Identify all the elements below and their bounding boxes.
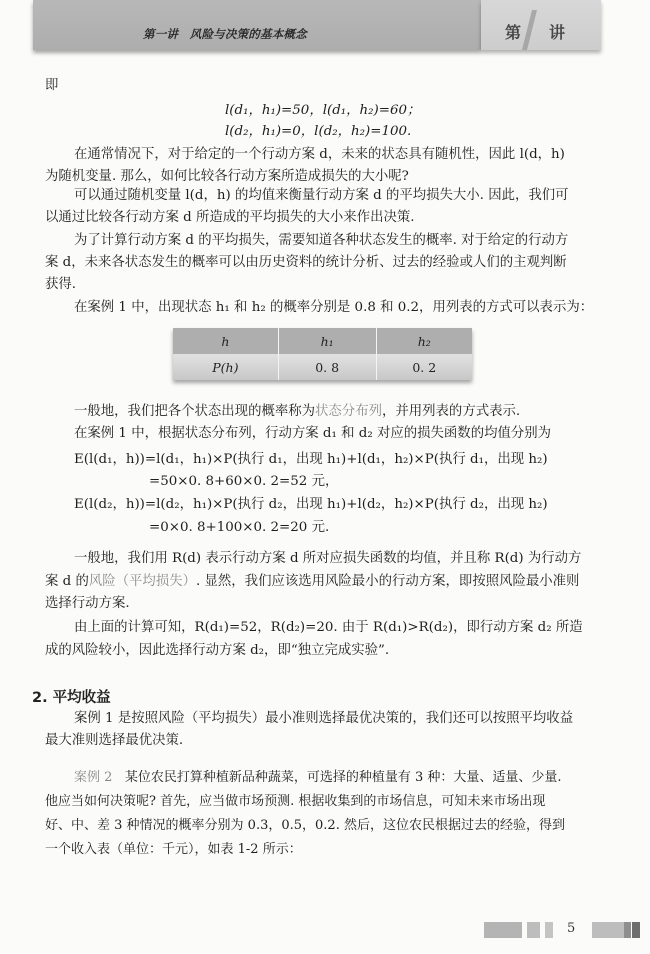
table-cell: P(h)	[173, 354, 278, 380]
case-2-line-4: 一个收入表（单位：千元），如表 1-2 所示：	[45, 841, 302, 859]
page-number: 5	[567, 921, 575, 936]
case-2-label: 案例 2	[74, 770, 112, 785]
case-2-line-3: 好、中、差 3 种情况的概率分别为 0.3，0.5，0.2. 然后，这位农民根据…	[45, 817, 565, 835]
term-risk: 风险（平均损失）	[89, 574, 196, 589]
expectation-d1-line-1: E(l(d₁，h))=l(d₁，h₁)×P(执行 d₁，出现 h₁)+l(d₁，…	[74, 451, 548, 469]
header-banner: 第一讲 风险与决策的基本概念	[33, 0, 481, 50]
case-2-line-2: 他应当如何决策呢? 首先，应当做市场预测. 根据收集到的市场信息，可知未来市场出…	[45, 793, 545, 811]
paragraph-8-line-1: 由上面的计算可知，R(d₁)=52，R(d₂)=20. 由于 R(d₁)>R(d…	[74, 619, 583, 637]
paragraph-3-line-2: 案 d，未来各状态发生的概率可以由历史资料的统计分析、过去的经验或人们的主观判断	[45, 254, 567, 272]
expectation-d2-line-2: =0×0. 8+100×0. 2=20 元.	[149, 519, 329, 537]
footer-bar	[632, 922, 640, 938]
state-distribution-table: h h₁ h₂ P(h) 0. 8 0. 2	[173, 328, 472, 380]
table-header-cell: h	[173, 328, 278, 354]
lecture-label: 第 讲	[505, 20, 571, 43]
table-row: P(h) 0. 8 0. 2	[173, 354, 472, 380]
table-cell: 0. 2	[376, 354, 472, 380]
paragraph-5: 一般地，我们把各个状态出现的概率称为状态分布列，并用列表的方式表示.	[74, 403, 520, 421]
paragraph-1-line-1: 在通常情况下，对于给定的一个行动方案 d，未来的状态具有随机性，因此 l(d，h…	[74, 146, 565, 164]
term-state-distribution: 状态分布列	[315, 404, 382, 419]
footer-bar	[527, 922, 540, 938]
paragraph-2-line-1: 可以通过随机变量 l(d，h) 的均值来衡量行动方案 d 的平均损失大小. 因此…	[74, 187, 569, 205]
paragraph-5-pre: 一般地，我们把各个状态出现的概率称为	[74, 404, 315, 419]
chapter-title: 第一讲 风险与决策的基本概念	[143, 26, 307, 42]
paragraph-2-line-2: 以通过比较各行动方案 d 所造成的平均损失的大小来作出决策.	[45, 209, 415, 227]
expectation-d2-line-1: E(l(d₂，h))=l(d₂，h₁)×P(执行 d₂，出现 h₁)+l(d₂，…	[74, 496, 548, 514]
footer-bar	[484, 922, 522, 938]
table-header-cell: h₁	[278, 328, 376, 354]
equation-1: l(d₁，h₁)=50，l(d₁，h₂)=60；	[225, 102, 420, 120]
paragraph-7-pre: 案 d 的	[45, 574, 89, 589]
section-heading: 2. 平均收益	[32, 686, 111, 707]
table-header-row: h h₁ h₂	[173, 328, 472, 354]
paragraph-6: 在案例 1 中，根据状态分布列，行动方案 d₁ 和 d₂ 对应的损失函数的均值分…	[74, 425, 551, 443]
paragraph-1-line-2: 为随机变量. 那么，如何比较各行动方案所造成损失的大小呢?	[45, 168, 409, 186]
paragraph-3-line-1: 为了计算行动方案 d 的平均损失，需要知道各种状态发生的概率. 对于给定的行动方	[74, 232, 568, 250]
paragraph-7-line-1: 一般地，我们用 R(d) 表示行动方案 d 所对应损失函数的均值，并且称 R(d…	[74, 550, 581, 568]
table-cell: 0. 8	[278, 354, 376, 380]
footer-bar	[545, 922, 553, 938]
paragraph-9-line-1: 案例 1 是按照风险（平均损失）最小准则选择最优决策的，我们还可以按照平均收益	[74, 710, 573, 728]
paragraph-5-post: ，并用列表的方式表示.	[382, 404, 520, 419]
equation-2: l(d₂，h₁)=0，l(d₂，h₂)=100.	[225, 123, 411, 141]
paragraph-7-line-2: 案 d 的风险（平均损失）. 显然，我们应该选用风险最小的行动方案，即按照风险最…	[45, 573, 579, 591]
table-header-cell: h₂	[376, 328, 472, 354]
case-2-text: 某位农民打算种植新品种蔬菜，可选择的种植量有 3 种：大量、适量、少量.	[125, 770, 562, 785]
footer-bar	[592, 922, 624, 938]
paragraph-7-post: . 显然，我们应该选用风险最小的行动方案，即按照风险最小准则	[196, 574, 579, 589]
expectation-d1-line-2: =50×0. 8+60×0. 2=52 元，	[149, 473, 338, 491]
paragraph-9-line-2: 最大准则选择最优决策.	[45, 732, 183, 750]
case-2-line-1: 案例 2 某位农民打算种植新品种蔬菜，可选择的种植量有 3 种：大量、适量、少量…	[74, 769, 561, 787]
paragraph-7-line-3: 选择行动方案.	[45, 595, 130, 613]
footer-bar	[624, 922, 631, 938]
paragraph-3-line-3: 获得.	[45, 276, 76, 294]
paragraph-8-line-2: 成的风险较小，因此选择行动方案 d₂，即“独立完成实验”.	[45, 642, 389, 660]
lead-text: 即	[45, 77, 58, 95]
paragraph-4: 在案例 1 中，出现状态 h₁ 和 h₂ 的概率分别是 0.8 和 0.2，用列…	[74, 299, 593, 317]
